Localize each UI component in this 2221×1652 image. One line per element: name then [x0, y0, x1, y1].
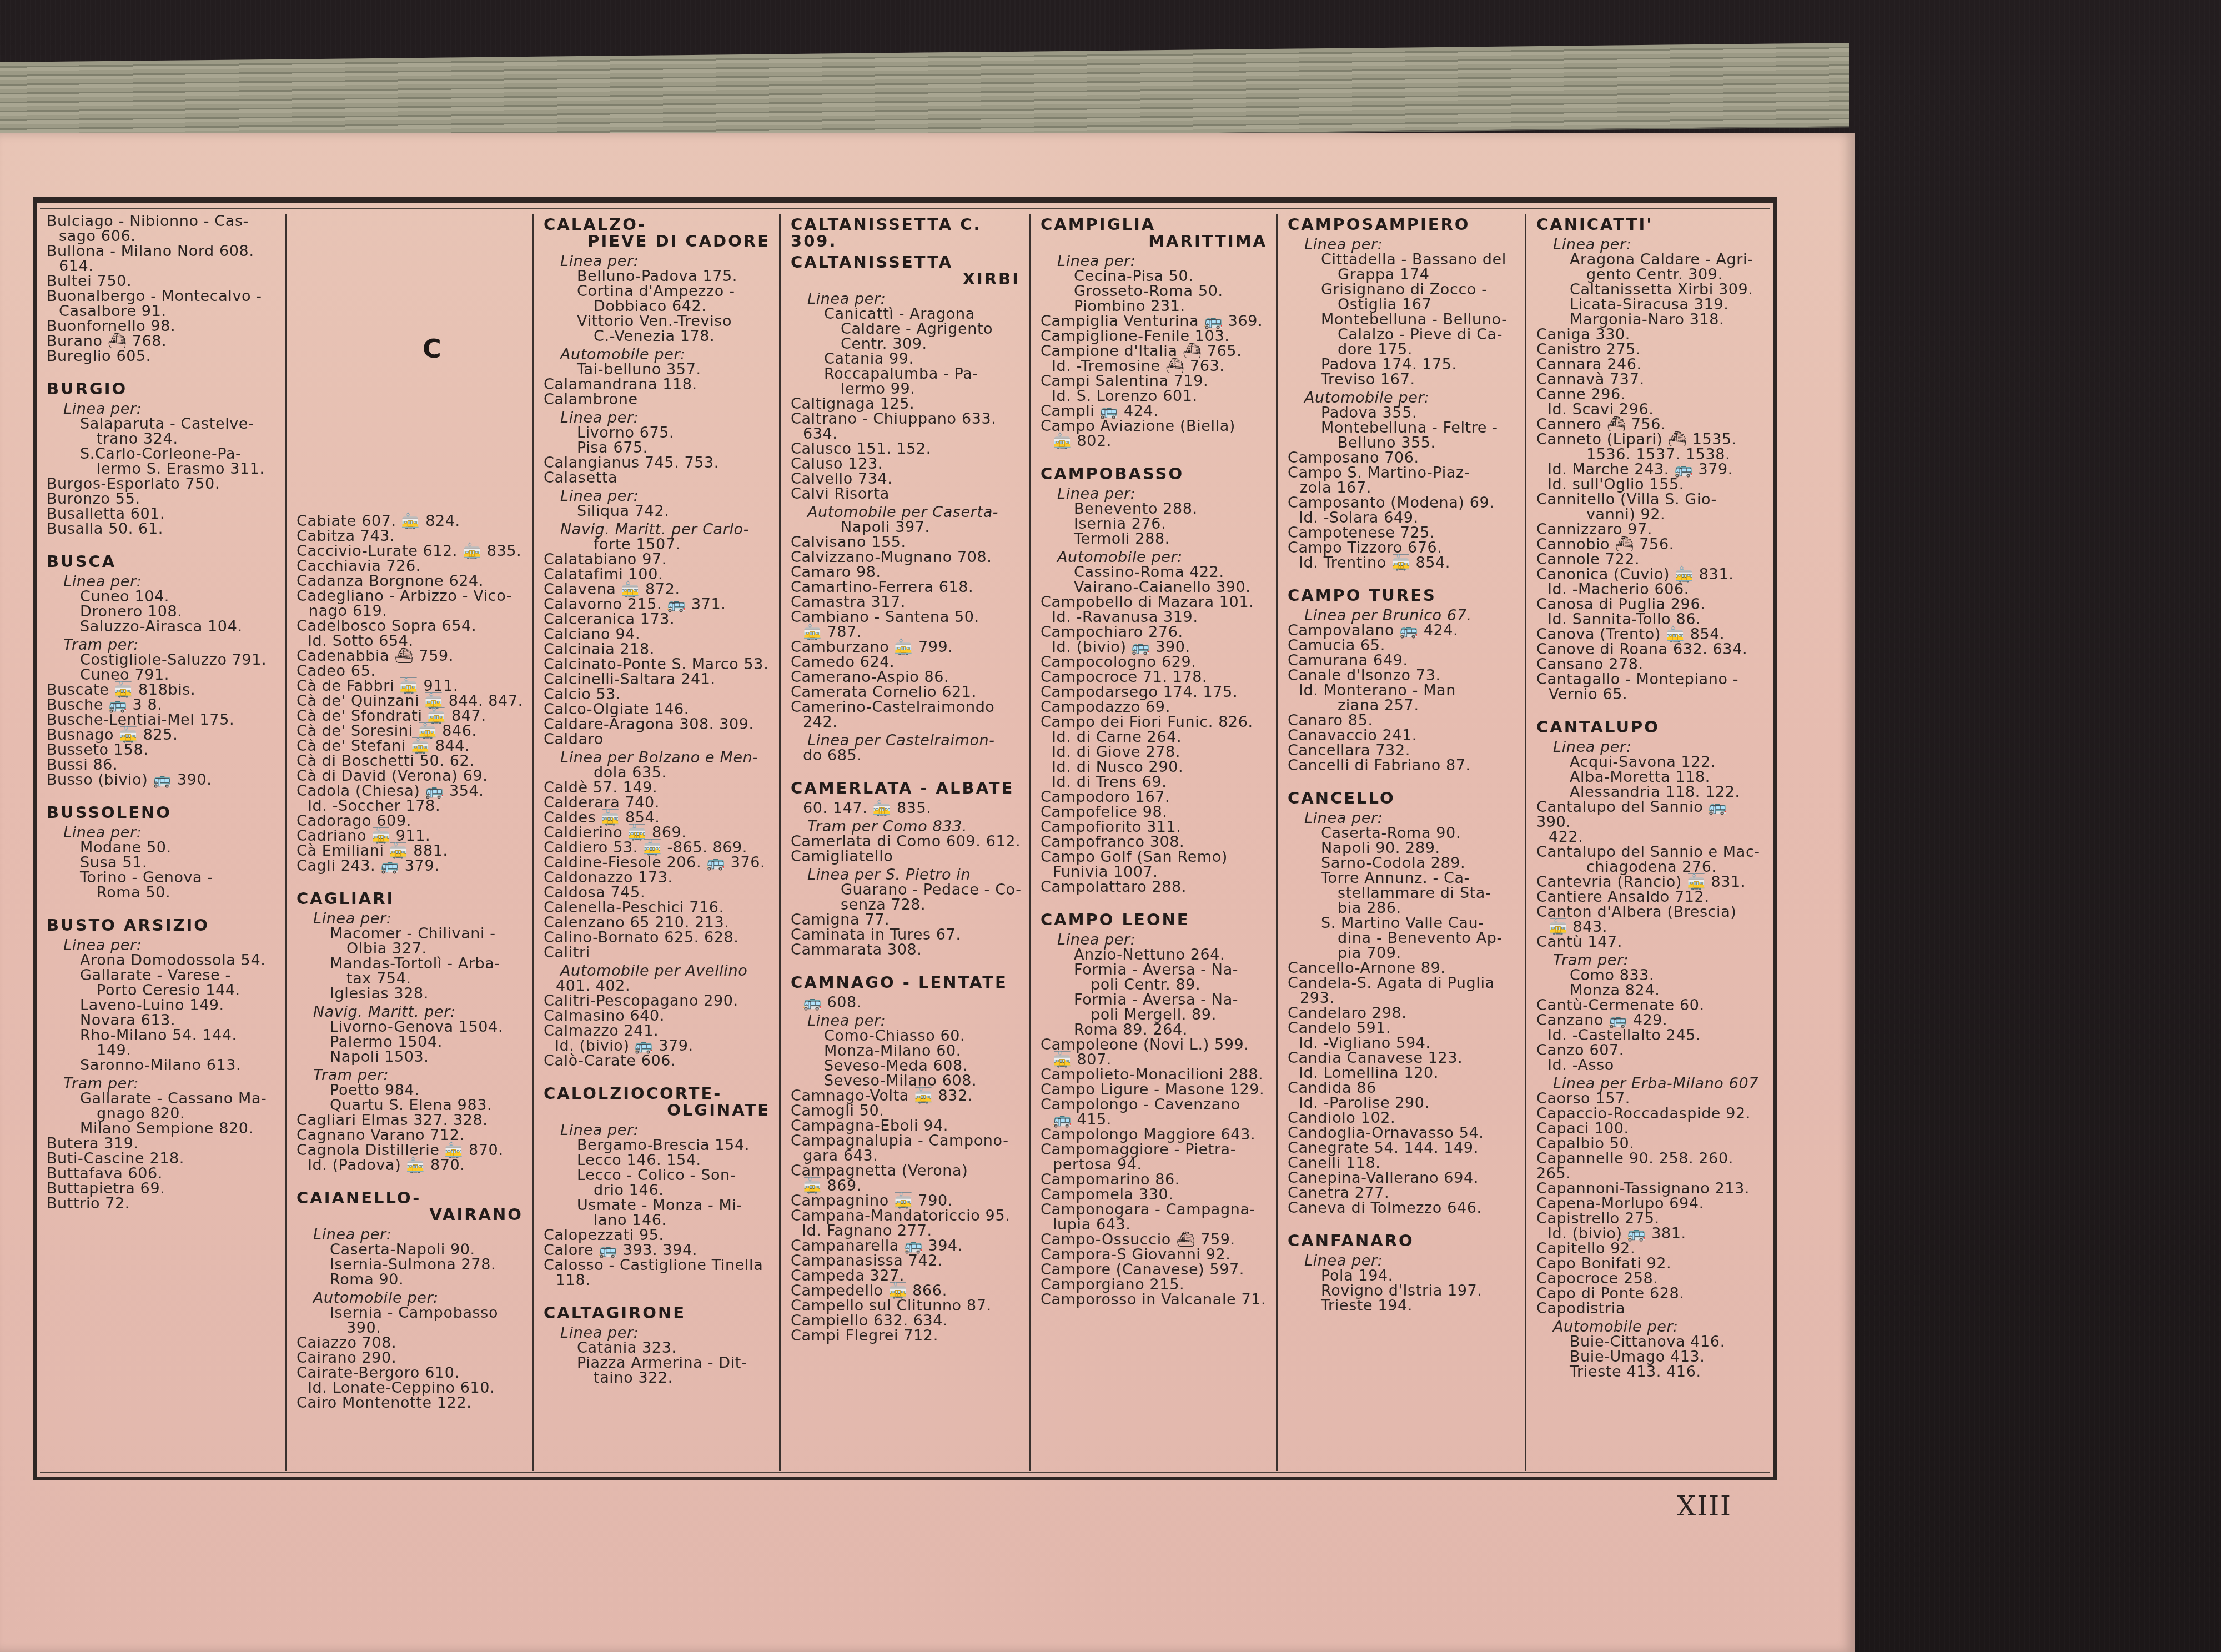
index-entry: Busso (bivio) 🚌 390. [47, 772, 278, 787]
index-entry: Canosa di Puglia 296. [1536, 597, 1767, 612]
index-entry: Campi Salentina 719. [1041, 374, 1269, 389]
destination-entry: Piombino 231. [1041, 299, 1269, 314]
destination-entry: Bergamo-Brescia 154. [544, 1138, 772, 1153]
index-entry: Canegrate 54. 144. 149. [1288, 1141, 1518, 1156]
destination-entry: Padova 174. 175. [1288, 357, 1518, 372]
destination-entry: Livorno-Genova 1504. [297, 1020, 525, 1035]
destination-entry: Pisa 675. [544, 440, 772, 455]
heading-text-continued: XIRBI [791, 270, 1022, 287]
index-entry: Capodistria [1536, 1301, 1767, 1316]
index-entry: Caiazzo 708. [297, 1335, 525, 1350]
entry-continuation: sago 606. [47, 229, 278, 244]
index-entry: Calcinato-Ponte S. Marco 53. [544, 657, 772, 672]
index-entry: Campolieto-Monacilioni 288. [1041, 1067, 1269, 1082]
index-entry: Cannitello (Villa S. Gio- [1536, 492, 1767, 507]
destination-continuation: Roma 50. [47, 885, 278, 900]
index-entry: Canonica (Cuvio) 🚋 831. [1536, 567, 1767, 582]
index-entry: Campedello 🚋 866. [791, 1283, 1022, 1298]
line-type-label: Automobile per Avellino [544, 963, 772, 978]
index-entry: Busalla 50. 61. [47, 521, 278, 536]
destination-entry: Formia - Aversa - Na- [1041, 992, 1269, 1007]
column-7: CANICATTI'Linea per:Aragona Caldare - Ag… [1526, 214, 1773, 1471]
destination-continuation: 390. [297, 1320, 525, 1335]
index-entry: Capocroce 258. [1536, 1271, 1767, 1286]
index-entry: Calopezzati 95. [544, 1228, 772, 1243]
index-entry: Capalbio 50. [1536, 1136, 1767, 1151]
destination-entry: Padova 355. [1288, 405, 1518, 420]
index-entry: Campolongo Maggiore 643. [1041, 1127, 1269, 1142]
entry-continuation: 293. [1288, 991, 1518, 1006]
destination-entry: Caltanissetta Xirbi 309. [1536, 282, 1767, 297]
index-entry: Camporgiano 215. [1041, 1277, 1269, 1292]
index-entry: Caldè 57. 149. [544, 780, 772, 795]
index-entry: Canzano 🚌 429. [1536, 1013, 1767, 1028]
index-entry: Calenzano 65 210. 213. [544, 915, 772, 930]
line-type-label: Linea per Bolzano e Men- [544, 750, 772, 765]
index-entry: Cà di David (Verona) 69. [297, 769, 525, 784]
index-entry: Canaro 85. [1288, 713, 1518, 728]
destination-continuation: C.-Venezia 178. [544, 329, 772, 344]
idem-entry: Id. Sotto 654. [297, 634, 525, 649]
heading-text-continued: VAIRANO [297, 1206, 525, 1223]
line-type-label: Automobile per: [1288, 390, 1518, 405]
index-entry: Campolattaro 288. [1041, 880, 1269, 895]
index-entry: Cancelli di Fabriano 87. [1288, 758, 1518, 773]
index-entry: Campora-S Giovanni 92. [1041, 1247, 1269, 1262]
entry-continuation: 🚋 802. [1041, 434, 1269, 449]
index-entry: Busseto 158. [47, 742, 278, 757]
heading-text-continued: OLGINATE [544, 1102, 772, 1118]
index-entry: Calasetta [544, 470, 772, 485]
index-entry: Candiolo 102. [1288, 1111, 1518, 1126]
entry-continuation: zola 167. [1288, 480, 1518, 495]
entry-continuation: 🚋 807. [1041, 1052, 1269, 1067]
index-entry: Camponogara - Campagna- [1041, 1202, 1269, 1217]
column-6: CAMPOSAMPIEROLinea per:Cittadella - Bass… [1278, 214, 1526, 1471]
idem-entry: Id. -Soccher 178. [297, 799, 525, 814]
heading-text: BUSTO ARSIZIO [47, 916, 209, 935]
index-entry: Cadelbosco Sopra 654. [297, 619, 525, 634]
destination-continuation: gnago 820. [47, 1106, 278, 1121]
line-type-label: Automobile per: [297, 1291, 525, 1305]
index-entry: Cairo Montenotte 122. [297, 1395, 525, 1410]
index-entry: Calmazzo 241. [544, 1023, 772, 1038]
destination-continuation: dore 175. [1288, 342, 1518, 357]
destination-continuation: dina - Benevento Ap- [1288, 931, 1518, 946]
index-entry: Calcio 53. [544, 687, 772, 702]
index-entry: Cadegliano - Arbizzo - Vico- [297, 589, 525, 604]
idem-entry: Id. -Tremosine ⛴ 763. [1041, 359, 1269, 374]
index-entry: Capaci 100. [1536, 1121, 1767, 1136]
index-entry: Campagna-Eboli 94. [791, 1118, 1022, 1133]
entry-continuation: 614. [47, 259, 278, 274]
destination-entry: Isernia - Campobasso [297, 1305, 525, 1320]
index-entry: Canne 296. [1536, 387, 1767, 402]
line-type-label: Linea per: [1288, 237, 1518, 252]
spacer [297, 274, 525, 289]
line-type-label: Navig. Maritt. per Carlo- [544, 522, 772, 537]
heading-text: CALTAGIRONE [544, 1303, 686, 1322]
destination-entry: Napoli 1503. [297, 1050, 525, 1064]
index-entry: Campolongo - Cavenzano [1041, 1097, 1269, 1112]
entry-continuation: 🚌 415. [1041, 1112, 1269, 1127]
station-heading: CAIANELLO-VAIRANO [297, 1189, 525, 1223]
index-entry: Camerano-Aspio 86. [791, 670, 1022, 685]
index-entry: Camposanto (Modena) 69. [1288, 495, 1518, 510]
station-heading: CAMPOSAMPIERO [1288, 216, 1518, 233]
destination-entry: Cassino-Roma 422. [1041, 565, 1269, 580]
line-type-label: Linea per: [544, 410, 772, 425]
heading-text: CAMPOSAMPIERO [1288, 215, 1470, 234]
index-entry: Camastra 317. [791, 595, 1022, 610]
spacer [297, 484, 525, 499]
index-entry: Campomela 330. [1041, 1187, 1269, 1202]
destination-entry: Montebelluna - Feltre - [1288, 420, 1518, 435]
index-entry: Busnago 🚋 825. [47, 727, 278, 742]
index-entry: Caldine-Fiesole 206. 🚌 376. [544, 855, 772, 870]
index-entry: Cagnola Distillerie 🚋 870. [297, 1143, 525, 1158]
index-entry: Cansano 278. [1536, 657, 1767, 672]
index-entry: Calò-Carate 606. [544, 1053, 772, 1068]
index-entry: Canetra 277. [1288, 1186, 1518, 1201]
index-entry: Cantalupo del Sannio e Mac- [1536, 845, 1767, 860]
line-type-label: Linea per: [297, 1227, 525, 1242]
idem-entry: Id. Trentino 🚋 854. [1288, 555, 1518, 570]
heading-text: BURGIO [47, 379, 127, 398]
destination-entry: Saluzzo-Airasca 104. [47, 619, 278, 634]
heading-text: BUSCA [47, 552, 116, 571]
index-entry: Candida 86 [1288, 1081, 1518, 1096]
index-entry: Cagnano Varano 712. [297, 1128, 525, 1143]
index-entry: Cagli 243. 🚌 379. [297, 858, 525, 873]
entry-continuation: lupia 643. [1041, 1217, 1269, 1232]
destination-entry: Margonia-Naro 318. [1536, 312, 1767, 327]
heading-text-continued: PIEVE DI CADORE [544, 233, 772, 249]
index-entry: Campello sul Clitunno 87. [791, 1298, 1022, 1313]
destination-entry: Grosseto-Roma 50. [1041, 284, 1269, 299]
destination-entry: Iglesias 328. [297, 986, 525, 1001]
destination-entry: Seveso-Meda 608. [791, 1058, 1022, 1073]
destination-entry: Buie-Cittanova 416. [1536, 1334, 1767, 1349]
destination-entry: Susa 51. [47, 855, 278, 870]
index-entry: Calceranica 173. [544, 612, 772, 627]
index-entry: Campovalano 🚌 424. [1288, 623, 1518, 638]
index-entry: Burgos-Esporlato 750. [47, 476, 278, 491]
index-entry: Campli 🚌 424. [1041, 404, 1269, 419]
destination-entry: Caserta-Roma 90. [1288, 826, 1518, 841]
index-entry: Campo Aviazione (Biella) [1041, 419, 1269, 434]
line-type-label: Navig. Maritt. per: [297, 1005, 525, 1020]
index-entry: Calangianus 745. 753. [544, 455, 772, 470]
destination-entry: Roma 89. 264. [1041, 1022, 1269, 1037]
idem-entry: Id. Scavi 296. [1536, 402, 1767, 417]
index-entry: Butera 319. [47, 1136, 278, 1151]
index-entry: Canova (Trento) 🚋 854. [1536, 627, 1767, 642]
destination-entry: Formia - Aversa - Na- [1041, 962, 1269, 977]
index-entry: Camposano 706. [1288, 450, 1518, 465]
destination-continuation: pia 709. [1288, 946, 1518, 961]
heading-text: CAMPO LEONE [1041, 910, 1190, 929]
destination-entry: Alessandria 118. 122. [1536, 785, 1767, 800]
destination-continuation: lano 146. [544, 1213, 772, 1228]
index-entry: Calvisano 155. [791, 535, 1022, 550]
entry-continuation: 60. 147. 🚋 835. [791, 801, 1022, 816]
index-entry: Calino-Bornato 625. 628. [544, 930, 772, 945]
spacer [297, 214, 525, 229]
destination-continuation: lermo 99. [791, 381, 1022, 396]
destination-entry: Buie-Umago 413. [1536, 1349, 1767, 1364]
index-entry: Camburzano 🚋 799. [791, 640, 1022, 655]
line-type-label: Linea per: [1288, 1253, 1518, 1268]
index-entry: Campo dei Fiori Funic. 826. [1041, 715, 1269, 730]
index-entry: Buttrio 72. [47, 1196, 278, 1211]
line-type-label: Tram per: [47, 637, 278, 652]
destination-continuation: ziana 257. [1288, 698, 1518, 713]
station-heading: CALTANISSETTAXIRBI [791, 254, 1022, 287]
destination-continuation: trano 324. [47, 431, 278, 446]
index-entry: Caltignaga 125. [791, 396, 1022, 411]
column-4: CALTANISSETTA C. 309.CALTANISSETTAXIRBIL… [781, 214, 1031, 1471]
destination-continuation: chiagodena 276. [1536, 860, 1767, 875]
index-entry: Calderara 740. [544, 795, 772, 810]
idem-entry: Id. -Macherio 606. [1536, 582, 1767, 597]
index-entry: Cairate-Bergoro 610. [297, 1365, 525, 1380]
heading-text: CAGLIARI [297, 889, 394, 908]
destination-entry: Macomer - Chilivani - [297, 926, 525, 941]
heading-text: CAIANELLO- [297, 1188, 421, 1207]
line-type-label: Automobile per: [1536, 1319, 1767, 1334]
spacer [297, 349, 525, 364]
spacer [297, 499, 525, 514]
destination-entry: Catania 323. [544, 1340, 772, 1355]
destination-entry: Rovigno d'Istria 197. [1288, 1283, 1518, 1298]
idem-entry: Id. S. Lorenzo 601. [1041, 389, 1269, 404]
destination-entry: Salaparuta - Castelve- [47, 416, 278, 431]
station-heading: CANCELLO [1288, 790, 1518, 806]
idem-entry: Id. (Padova) 🚋 870. [297, 1158, 525, 1173]
idem-entry: Id. (bivio) 🚌 390. [1041, 640, 1269, 655]
destination-continuation: Napoli 397. [791, 520, 1022, 535]
destination-entry: Roccapalumba - Pa- [791, 366, 1022, 381]
index-entry: Cadriano 🚋 911. [297, 828, 525, 843]
index-entry: Capo Bonifati 92. [1536, 1256, 1767, 1271]
destination-entry: Seveso-Milano 608. [791, 1073, 1022, 1088]
destination-entry: Trieste 413. 416. [1536, 1364, 1767, 1379]
destination-entry: Anzio-Nettuno 264. [1041, 947, 1269, 962]
destination-entry: Treviso 167. [1288, 372, 1518, 387]
index-entry: Campana-Mandatoriccio 95. [791, 1208, 1022, 1223]
index-entry: Campochiaro 276. [1041, 625, 1269, 640]
index-entry: Campomaggiore - Pietra- [1041, 1142, 1269, 1157]
line-type-label: Linea per: [47, 938, 278, 953]
index-entry: Campodarsego 174. 175. [1041, 685, 1269, 700]
index-entry: Campodazzo 69. [1041, 700, 1269, 715]
spacer [297, 304, 525, 319]
destination-entry: Caserta-Napoli 90. [297, 1242, 525, 1257]
destination-continuation: tax 754. [297, 971, 525, 986]
index-entry: Buscate 🚋 818bis. [47, 682, 278, 697]
index-entry: Camedo 624. [791, 655, 1022, 670]
index-entry: Caldonazzo 173. [544, 870, 772, 885]
index-entry: Candia Canavese 123. [1288, 1051, 1518, 1066]
destination-entry: Siliqua 742. [544, 504, 772, 519]
destination-continuation: bia 286. [1288, 901, 1518, 916]
station-heading: BUSSOLENO [47, 804, 278, 821]
index-entry: Caltrano - Chiuppano 633. [791, 411, 1022, 426]
destination-entry: Roma 90. [297, 1272, 525, 1287]
destination-continuation: stellammare di Sta- [1288, 886, 1518, 901]
heading-text: CANICATTI' [1536, 215, 1653, 234]
index-entry: Cà Emiliani 🚋 881. [297, 843, 525, 858]
idem-entry: Id. -Castellalto 245. [1536, 1028, 1767, 1043]
entry-continuation: 422. [1536, 830, 1767, 845]
destination-entry: Trieste 194. [1288, 1298, 1518, 1313]
destination-entry: Benevento 288. [1041, 501, 1269, 516]
index-entry: Campiello 632. 634. [791, 1313, 1022, 1328]
line-type-label: Linea per: [47, 825, 278, 840]
index-entry: Cannero ⛴ 756. [1536, 417, 1767, 432]
destination-continuation: Ostiglia 167 [1288, 297, 1518, 312]
station-heading: CAMPO LEONE [1041, 911, 1269, 928]
destination-entry: Poetto 984. [297, 1083, 525, 1098]
index-entry: Caldaro [544, 732, 772, 747]
destination-entry: Pola 194. [1288, 1268, 1518, 1283]
index-entry: Cadola (Chiesa) 🚌 354. [297, 784, 525, 799]
index-entry: Canistro 275. [1536, 342, 1767, 357]
line-type-label: Linea per: [544, 489, 772, 504]
index-entry: Campo Golf (San Remo) [1041, 850, 1269, 865]
index-entry: Camurana 649. [1288, 653, 1518, 668]
idem-entry: Id. -Vigliano 594. [1288, 1036, 1518, 1051]
station-heading: CALALZO-PIEVE DI CADORE [544, 216, 772, 249]
index-entry: Cantalupo del Sannio 🚌 390. [1536, 800, 1767, 830]
index-entry: Caniga 330. [1536, 327, 1767, 342]
index-entry: Calavorno 215. 🚌 371. [544, 597, 772, 612]
idem-entry: Id. Sannita-Tollo 86. [1536, 612, 1767, 627]
destination-continuation: Grappa 174 [1288, 267, 1518, 282]
index-entry: Calcinelli-Saltara 241. [544, 672, 772, 687]
index-entry: Cà de' Soresini 🚋 846. [297, 724, 525, 739]
index-entry: Buonfornello 98. [47, 319, 278, 334]
index-entry: Capo di Ponte 628. [1536, 1286, 1767, 1301]
index-entry: Campiglione-Fenile 103. [1041, 329, 1269, 344]
index-entry: Cannole 722. [1536, 552, 1767, 567]
heading-text: CALTANISSETTA C. 309. [791, 215, 982, 250]
heading-text: CANFANARO [1288, 1231, 1414, 1250]
idem-entry: Id. Marche 243. 🚌 379. [1536, 462, 1767, 477]
index-entry: Buti-Cascine 218. [47, 1151, 278, 1166]
index-entry: Caldosa 745. [544, 885, 772, 900]
line-type-label: Linea per S. Pietro in [791, 867, 1022, 882]
index-entry: Busche 🚌 3 8. [47, 697, 278, 712]
idem-entry: Id. Lonate-Ceppino 610. [297, 1380, 525, 1395]
destination-entry: Cortina d'Ampezzo - [544, 284, 772, 299]
index-columns: Bulciago - Nibionno - Cas-sago 606.Bullo… [37, 214, 1773, 1471]
index-entry: Campo S. Martino-Piaz- [1288, 465, 1518, 480]
index-entry: Burano ⛴ 768. [47, 334, 278, 349]
entry-continuation: 634. [791, 426, 1022, 441]
index-entry: Calore 🚌 393. 394. [544, 1243, 772, 1258]
index-entry: Canale d'Isonzo 73. [1288, 668, 1518, 683]
destination-continuation: Centr. 309. [791, 337, 1022, 352]
index-entry: Caminata in Tures 67. [791, 927, 1022, 942]
index-entry: Capaccio-Roccadaspide 92. [1536, 1106, 1767, 1121]
index-entry: Cannara 246. [1536, 357, 1767, 372]
destination-entry: Lecco 146. 154. [544, 1153, 772, 1168]
index-entry: Capena-Morlupo 694. [1536, 1196, 1767, 1211]
index-entry: Caluso 123. [791, 456, 1022, 471]
destination-entry: Livorno 675. [544, 425, 772, 440]
destination-entry: Licata-Siracusa 319. [1536, 297, 1767, 312]
index-entry: Campagnetta (Verona) [791, 1163, 1022, 1178]
index-entry: Camaro 98. [791, 565, 1022, 580]
index-entry: Cantevria (Rancio) 🚋 831. [1536, 875, 1767, 890]
heading-text: CAMPO TURES [1288, 586, 1436, 605]
destination-entry: Gallarate - Cassano Ma- [47, 1091, 278, 1106]
index-entry: Caorso 157. [1536, 1091, 1767, 1106]
station-heading: CAMPIGLIAMARITTIMA [1041, 216, 1269, 249]
spacer [297, 289, 525, 304]
destination-entry: Acqui-Savona 122. [1536, 755, 1767, 770]
column-3: CALALZO-PIEVE DI CADORELinea per:Belluno… [534, 214, 781, 1471]
column-5: CAMPIGLIAMARITTIMALinea per:Cecina-Pisa … [1031, 214, 1278, 1471]
index-entry: Bussi 86. [47, 757, 278, 772]
idem-entry: Id. -Ravanusa 319. [1041, 610, 1269, 625]
index-entry: Campo Ligure - Masone 129. [1041, 1082, 1269, 1097]
index-entry: Cantiere Ansaldo 712. [1536, 890, 1767, 905]
destination-entry: Isernia-Sulmona 278. [297, 1257, 525, 1272]
index-entry: Campagnino 🚋 790. [791, 1193, 1022, 1208]
destination-entry: Lecco - Colico - Son- [544, 1168, 772, 1183]
index-entry: Busche-Lentiai-Mel 175. [47, 712, 278, 727]
entry-continuation: pertosa 94. [1041, 1157, 1269, 1172]
line-type-label: Tram per: [1536, 953, 1767, 968]
index-entry: Caneva di Tolmezzo 646. [1288, 1201, 1518, 1216]
destination-entry: Sarno-Codola 289. [1288, 856, 1518, 871]
line-type-label: Linea per: [544, 1123, 772, 1138]
index-entry: Cancello-Arnone 89. [1288, 961, 1518, 976]
idem-entry: Id. -Asso [1536, 1058, 1767, 1073]
destination-entry: Monza 824. [1536, 983, 1767, 998]
destination-entry: Vairano-Caianello 390. [1041, 580, 1269, 595]
spacer [297, 334, 525, 349]
index-entry: Calatabiano 97. [544, 552, 772, 567]
heading-text: CAMPOBASSO [1041, 464, 1184, 483]
entry-continuation: Funivia 1007. [1041, 865, 1269, 880]
spacer [297, 469, 525, 484]
index-entry: Cà de Fabbri 🚋 911. [297, 679, 525, 694]
index-entry: Caldes 🚋 854. [544, 810, 772, 825]
index-entry: Canove di Roana 632. 634. [1536, 642, 1767, 657]
index-entry: Campofelice 98. [1041, 805, 1269, 820]
index-entry: Busalletta 601. [47, 506, 278, 521]
index-entry: Camartino-Ferrera 618. [791, 580, 1022, 595]
destination-continuation: poli Mergell. 89. [1041, 1007, 1269, 1022]
station-heading: CANTALUPO [1536, 719, 1767, 735]
destination-entry: S. Martino Valle Cau- [1288, 916, 1518, 931]
entry-continuation: 118. [544, 1273, 772, 1288]
index-entry: Camerata Cornelio 621. [791, 685, 1022, 700]
index-entry: Campiglia Venturina 🚌 369. [1041, 314, 1269, 329]
index-entry: Campo-Ossuccio ⛴ 759. [1041, 1232, 1269, 1247]
index-entry: Calavena 🚋 872. [544, 582, 772, 597]
index-entry: Campocologno 629. [1041, 655, 1269, 670]
idem-entry: Id. -Parolise 290. [1288, 1096, 1518, 1111]
index-entry: Calatafimi 100. [544, 567, 772, 582]
index-entry: Canzo 607. [1536, 1043, 1767, 1058]
idem-entry: Id. di Carne 264. [1041, 730, 1269, 745]
index-entry: Calvizzano-Mugnano 708. [791, 550, 1022, 565]
